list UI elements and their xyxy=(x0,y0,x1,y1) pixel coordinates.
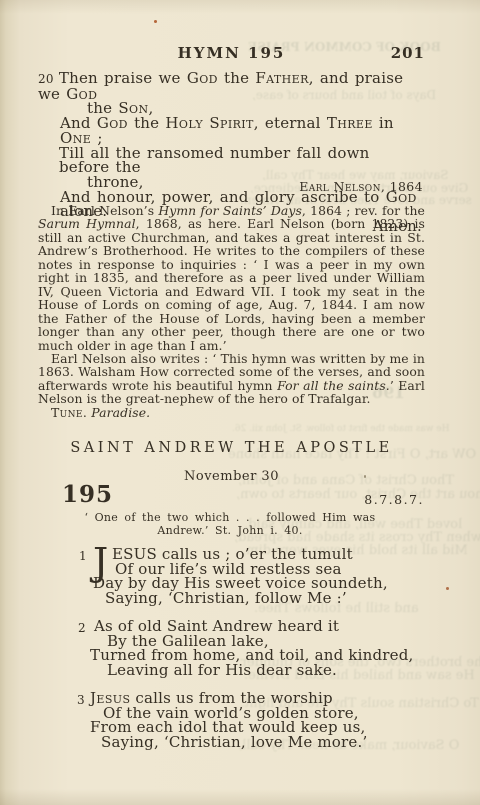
text-segment: , eternal xyxy=(254,114,327,132)
text-segment: Leaving all for His dear sake. xyxy=(107,661,337,679)
editorial-notes: In Earl Nelson’s Hymn for Saints’ Days, … xyxy=(38,204,425,419)
verse-line: Saying, ‘Christian, follow Me :’ xyxy=(0,591,480,606)
section-heading: SAINT ANDREW THE APOSTLE xyxy=(38,440,425,456)
attribution: Earl Nelson, 1864 xyxy=(299,179,423,194)
verse-3: 3Jesus calls us from the worshipOf the v… xyxy=(0,691,480,750)
text-segment: , 1868, as here. Earl Nelson (born 1823)… xyxy=(38,216,425,352)
verse-2: 2As of old Saint Andrew heard itBy the G… xyxy=(0,619,480,678)
text-segment: Saying, ‘Christian, love Me more.’ xyxy=(101,733,367,751)
hymn-meter: 8.7.8.7. xyxy=(364,492,424,507)
epigraph: ‘ One of the two which . . . followed Hi… xyxy=(45,512,415,537)
epigraph-line: Andrew.’ St. John i. 40. xyxy=(45,525,415,538)
epigraph-line: ‘ One of the two which . . . followed Hi… xyxy=(45,512,415,525)
text-segment: Paradise. xyxy=(91,405,150,420)
text-segment: the xyxy=(218,69,256,87)
show-through-text: He was made the first to follow. St. Joh… xyxy=(232,424,449,434)
verse-number: 2 xyxy=(78,621,86,635)
drop-cap: J xyxy=(93,543,108,581)
text-segment: Tune. xyxy=(51,405,87,420)
text-segment: in xyxy=(373,114,394,132)
closing-verse-line: Till all the ransomed number fall down b… xyxy=(38,146,425,175)
text-segment: Till all the ransomed number fall down b… xyxy=(59,144,370,177)
verse-number: 1 xyxy=(79,549,87,563)
closing-verse-line: 20 Then praise we God the Father, and pr… xyxy=(38,71,425,101)
notes-paragraph: In Earl Nelson’s Hymn for Saints’ Days, … xyxy=(38,204,425,352)
text-segment: Three xyxy=(327,114,373,132)
text-segment: Saying, ‘Christian, follow Me :’ xyxy=(105,589,347,607)
text-segment: God xyxy=(187,69,218,87)
verse-line: Leaving all for His dear sake. xyxy=(0,663,480,678)
text-segment: the xyxy=(128,114,166,132)
closing-verse-line: And God the Holy Spirit, eternal Three i… xyxy=(38,116,425,145)
text-segment: Holy Spirit xyxy=(165,114,253,132)
page-title: HYMN 195 xyxy=(38,44,425,62)
verse-1: 1JESUS calls us ; o’er the tumultOf our … xyxy=(0,547,480,606)
verse-number: 3 xyxy=(77,693,85,707)
page-number: 201 xyxy=(391,44,425,62)
show-through-text: Thou art the Christ, our hearts to own, xyxy=(236,487,480,502)
tune-line: Tune. Paradise. xyxy=(38,406,425,419)
section-title: SAINT ANDREW THE APOSTLE xyxy=(38,440,425,456)
hymn-number: 195 xyxy=(62,481,113,508)
text-segment: Father xyxy=(255,69,308,87)
notes-paragraph: Earl Nelson also writes : ‘ This hymn wa… xyxy=(38,352,425,406)
hymnal-page: BOOK OF COMMON PRAISEDays of toil and ho… xyxy=(0,0,480,805)
running-head: HYMN 195 xyxy=(38,44,425,62)
verse-line: Saying, ‘Christian, love Me more.’ xyxy=(0,735,480,750)
